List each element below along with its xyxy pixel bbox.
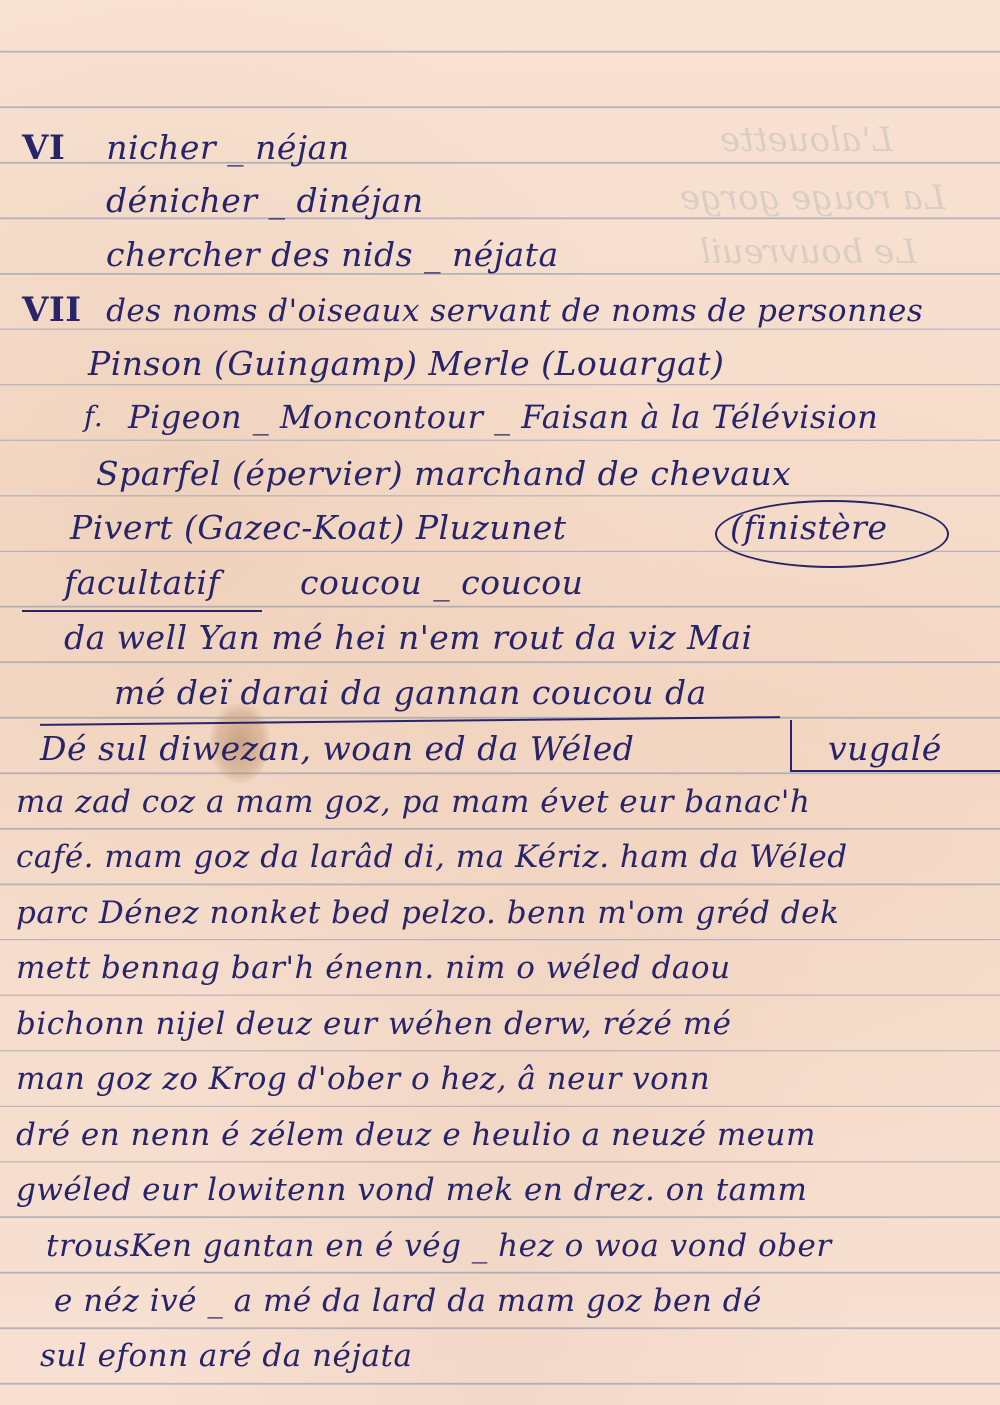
bird-name-line: Pigeon _ Moncontour _ Faisan à la Télévi… bbox=[128, 398, 878, 436]
circle-annotation bbox=[715, 500, 949, 568]
text-line: café. mam goz da larâd di, ma Kériz. ham… bbox=[16, 839, 848, 875]
section-vii-heading: VII des noms d'oiseaux servant de noms d… bbox=[22, 290, 923, 330]
text-line: mé deï darai da gannan coucou da bbox=[114, 673, 707, 712]
bracket bbox=[790, 720, 792, 770]
text-line: sul efonn aré da néjata bbox=[40, 1338, 412, 1374]
text-line: da well Yan mé hei n'em rout da viz Mai bbox=[64, 618, 753, 657]
vocab-line: nicher _ néjan bbox=[106, 128, 349, 167]
margin-mark: f. bbox=[84, 400, 103, 433]
notebook-page: L'alouette La rouge gorge Le bouvreuil V… bbox=[0, 0, 1000, 1405]
bracket-rule bbox=[790, 770, 1000, 772]
bleed-through-text: L'alouette bbox=[720, 120, 893, 160]
bird-name-line: Pinson (Guingamp) Merle (Louargat) bbox=[88, 344, 724, 383]
text-line: dré en nenn é zélem deuz e heulio a neuz… bbox=[16, 1117, 816, 1153]
text-line: e néz ivé _ a mé da lard da mam goz ben … bbox=[54, 1283, 762, 1319]
underline bbox=[22, 610, 262, 612]
text-line: man goz zo Krog d'ober o hez, â neur von… bbox=[16, 1061, 710, 1097]
text-line: bichonn nijel deuz eur wéhen derw, rézé … bbox=[16, 1006, 732, 1042]
text-line: mett bennag bar'h énenn. nim o wéled dao… bbox=[16, 950, 731, 986]
bleed-through-text: Le bouvreuil bbox=[700, 232, 917, 272]
margin-word: vugalé bbox=[828, 729, 942, 768]
text-line: ma zad coz a mam goz, pa mam évet eur ba… bbox=[16, 784, 810, 820]
bleed-through-text: La rouge gorge bbox=[680, 178, 945, 218]
text-line: gwéled eur lowitenn vond mek en drez. on… bbox=[16, 1172, 807, 1208]
section-numeral: VII bbox=[22, 290, 82, 330]
bird-name-line: Sparfel (épervier) marchand de chevaux bbox=[96, 454, 791, 493]
bird-call-line: coucou _ coucou bbox=[300, 563, 583, 602]
text-line: Dé sul diwezan, woan ed da Wéled bbox=[40, 729, 634, 768]
vocab-line: dénicher _ dinéjan bbox=[106, 181, 424, 220]
text-line: parc Dénez nonket bed pelzo. benn m'om g… bbox=[16, 895, 839, 931]
section-numeral: VI bbox=[22, 128, 65, 168]
bird-name-line: Pivert (Gazec-Koat) Pluzunet bbox=[70, 508, 567, 547]
section-vi-line: VI nicher _ néjan bbox=[22, 128, 350, 168]
optional-label: facultatif bbox=[64, 563, 220, 602]
text-line: trousKen gantan en é vég _ hez o woa von… bbox=[46, 1228, 832, 1264]
section-heading: des noms d'oiseaux servant de noms de pe… bbox=[106, 293, 923, 329]
vocab-line: chercher des nids _ néjata bbox=[106, 235, 559, 274]
